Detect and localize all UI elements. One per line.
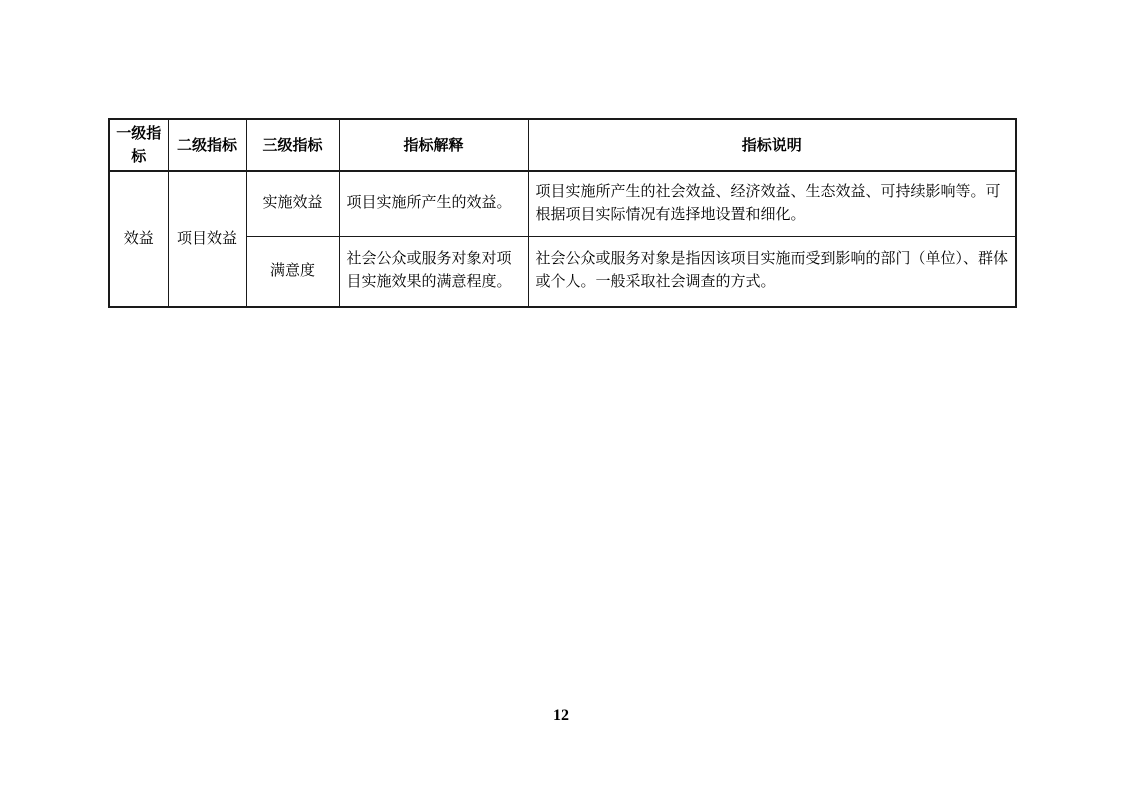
cell-explanation: 社会公众或服务对象对项目实施效果的满意程度。 <box>339 236 528 307</box>
header-cell-indicator-explanation: 指标解释 <box>339 119 528 171</box>
cell-level1: 效益 <box>109 171 168 307</box>
header-cell-level3-indicator: 三级指标 <box>246 119 339 171</box>
header-cell-indicator-description: 指标说明 <box>528 119 1016 171</box>
table-row: 满意度 社会公众或服务对象对项目实施效果的满意程度。 社会公众或服务对象是指因该… <box>109 236 1016 307</box>
cell-level3: 实施效益 <box>246 171 339 236</box>
table-header-row: 一级指标 二级指标 三级指标 指标解释 指标说明 <box>109 119 1016 171</box>
indicator-table: 一级指标 二级指标 三级指标 指标解释 指标说明 效益 项目效益 实施效益 项目… <box>108 118 1017 308</box>
cell-level2: 项目效益 <box>168 171 246 307</box>
header-cell-level2-indicator: 二级指标 <box>168 119 246 171</box>
cell-description: 项目实施所产生的社会效益、经济效益、生态效益、可持续影响等。可根据项目实际情况有… <box>528 171 1016 236</box>
table-row: 效益 项目效益 实施效益 项目实施所产生的效益。 项目实施所产生的社会效益、经济… <box>109 171 1016 236</box>
cell-explanation: 项目实施所产生的效益。 <box>339 171 528 236</box>
cell-description: 社会公众或服务对象是指因该项目实施而受到影响的部门（单位）、群体或个人。一般采取… <box>528 236 1016 307</box>
header-cell-level1-indicator: 一级指标 <box>109 119 168 171</box>
cell-level3: 满意度 <box>246 236 339 307</box>
page-number: 12 <box>0 707 1122 725</box>
